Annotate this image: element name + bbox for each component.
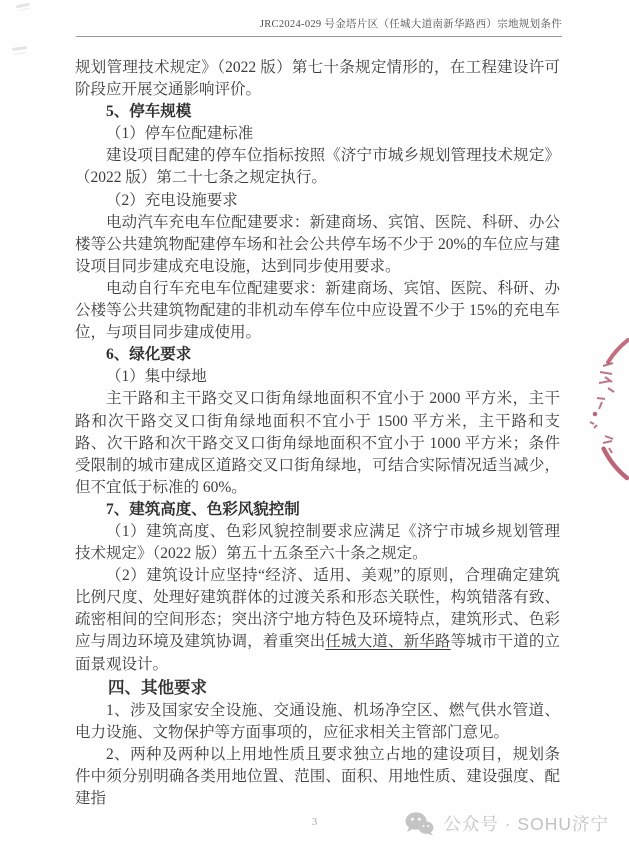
wechat-icon bbox=[405, 812, 434, 836]
scan-artifact bbox=[12, 46, 27, 51]
document-body: 规划管理技术规定》（2022 版）第七十条规定情形的，在工程建设许可阶段应开展交… bbox=[75, 57, 560, 810]
paragraph-parking-standard-body: 建设项目配建的停车位指标按照《济宁市城乡规划管理技术规定》（2022 版）第二十… bbox=[75, 145, 560, 189]
paragraph-charging-title: （2）充电设施要求 bbox=[75, 190, 560, 212]
paragraph-other-item-2: 2、两种及两种以上用地性质且要求独立占地的建设项目，规划条件中须分别明确各类用地… bbox=[75, 744, 560, 810]
heading-parking-scale: 5、停车规模 bbox=[75, 101, 560, 123]
heading-greening: 6、绿化要求 bbox=[75, 344, 560, 366]
paragraph-ebike-charging: 电动自行车充电车位配建要求：新建商场、宾馆、医院、科研、办公楼等公共建筑物配建的… bbox=[75, 278, 560, 344]
paragraph-other-item-1: 1、涉及国家安全设施、交通设施、机场净空区、燃气供水管道、电力设施、文物保护等方… bbox=[75, 700, 560, 744]
paragraph-building-design: （2）建筑设计应坚持“经济、适用、美观”的原则，合理确定建筑比例尺度、处理好建筑… bbox=[75, 565, 560, 675]
document-page: JRC2024-029 号金塔片区（任城大道南新华路西）宗地规划条件 规划管理技… bbox=[0, 0, 629, 849]
watermark-text: 公众号 · SOHU济宁 bbox=[443, 811, 609, 836]
paragraph-green-space-title: （1）集中绿地 bbox=[75, 366, 560, 388]
paragraph-height-color-body: （1）建筑高度、色彩风貌控制要求应满足《济宁市城乡规划管理技术规定》（2022 … bbox=[75, 521, 560, 565]
road-names-underlined: 任城大道、新华路 bbox=[325, 633, 450, 650]
running-head: JRC2024-029 号金塔片区（任城大道南新华路西）宗地规划条件 bbox=[76, 16, 562, 37]
official-seal-partial bbox=[581, 336, 629, 484]
paragraph-traffic-impact-continuation: 规划管理技术规定》（2022 版）第七十条规定情形的，在工程建设许可阶段应开展交… bbox=[75, 57, 560, 101]
scan-artifact bbox=[16, 3, 30, 9]
heading-other-requirements: 四、其他要求 bbox=[75, 676, 560, 700]
watermark: 公众号 · SOHU济宁 bbox=[405, 811, 609, 836]
paragraph-green-space-body: 主干路和主干路交叉口街角绿地面积不宜小于 2000 平方米，主干路和次干路交叉口… bbox=[75, 388, 560, 498]
page-header-title: JRC2024-029 号金塔片区（任城大道南新华路西）宗地规划条件 bbox=[260, 19, 562, 30]
paragraph-ev-charging: 电动汽车充电车位配建要求：新建商场、宾馆、医院、科研、办公楼等公共建筑物配建停车… bbox=[75, 212, 560, 278]
paragraph-parking-standard-title: （1）停车位配建标准 bbox=[75, 123, 560, 145]
heading-building-height-color: 7、建筑高度、色彩风貌控制 bbox=[75, 499, 560, 521]
